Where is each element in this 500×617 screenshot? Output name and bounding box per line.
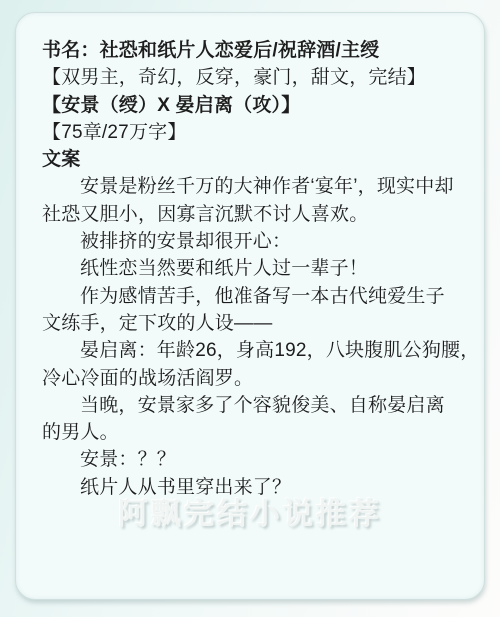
synopsis-line: 的男人。 bbox=[42, 419, 456, 446]
synopsis-line: 社恐又胆小，因寡言沉默不讨人喜欢。 bbox=[42, 201, 456, 228]
synopsis-line: 被排挤的安景却很开心： bbox=[42, 228, 456, 255]
book-title: 书名：社恐和纸片人恋爱后/祝辞酒/主绶 bbox=[42, 37, 456, 64]
length-line: 【75章/27万字】 bbox=[42, 119, 456, 146]
watermark-text: 阿飘完结小说推荐 bbox=[16, 489, 484, 533]
novel-recommendation-card: 书名：社恐和纸片人恋爱后/祝辞酒/主绶 【双男主，奇幻，反穿，豪门，甜文，完结】… bbox=[15, 12, 485, 600]
synopsis-line: 纸性恋当然要和纸片人过一辈子！ bbox=[42, 255, 456, 282]
pairing-line: 【安景（绶）X 晏启离（攻）】 bbox=[42, 92, 456, 119]
tags-line: 【双男主，奇幻，反穿，豪门，甜文，完结】 bbox=[42, 64, 456, 91]
synopsis-line: 安景是粉丝千万的大神作者‘宴年’，现实中却 bbox=[42, 173, 456, 200]
synopsis-line: 安景：？？ bbox=[42, 446, 456, 473]
synopsis-line: 作为感情苦手，他准备写一本古代纯爱生子 bbox=[42, 283, 456, 310]
synopsis-line: 冷心冷面的战场活阎罗。 bbox=[42, 365, 456, 392]
synopsis-heading: 文案 bbox=[42, 146, 456, 173]
synopsis-line: 当晚，安景家多了个容貌俊美、自称晏启离 bbox=[42, 392, 456, 419]
synopsis-line: 晏启离：年龄26，身高192，八块腹肌公狗腰， bbox=[42, 337, 456, 364]
synopsis-line: 文练手，定下攻的人设—— bbox=[42, 310, 456, 337]
